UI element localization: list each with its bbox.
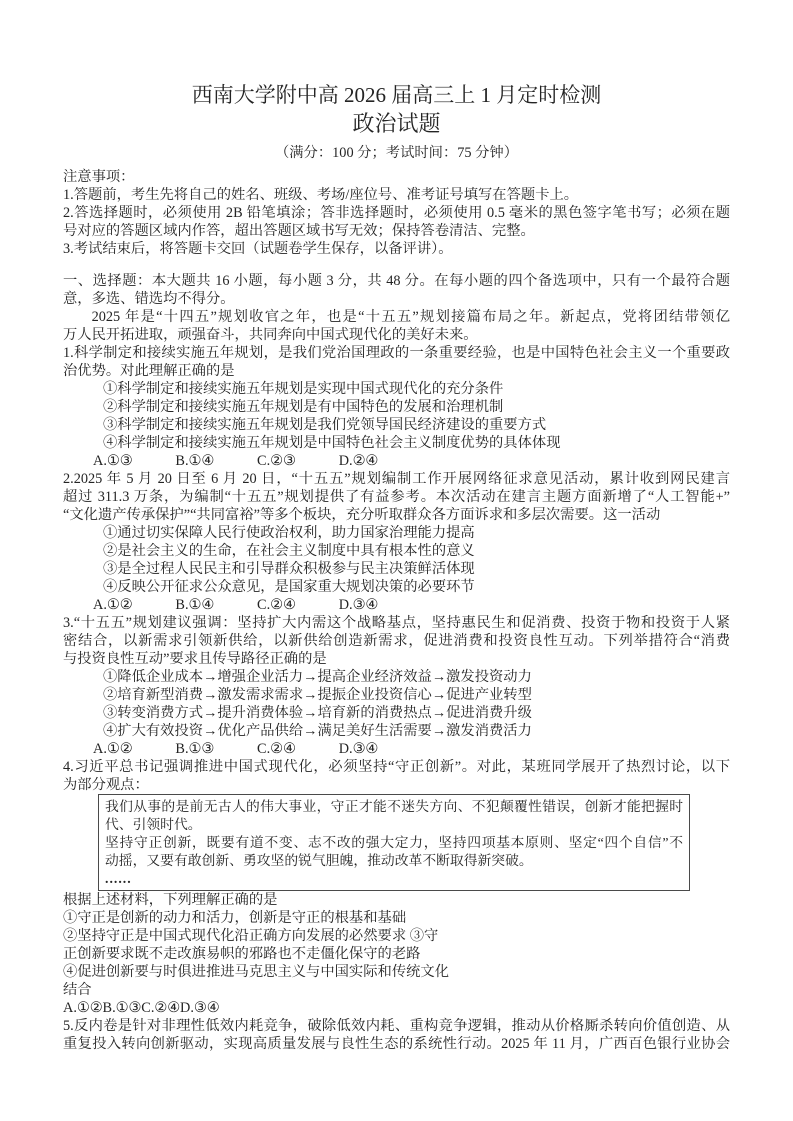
q4-stem-line: 4.习近平总书记强调推进中国式现代化，必须坚持“守正创新”。对此，某班同学展开了… <box>63 758 730 776</box>
notice-heading: 注意事项： <box>63 168 730 186</box>
q4-box-line: 我们从事的是前无古人的伟大事业，守正才能不迷失方向、不犯颠覆性错误，创新才能把握… <box>105 798 683 816</box>
exam-meta: （满分：100 分；考试时间：75 分钟） <box>63 143 730 163</box>
q3-stem-line: 与投资良性互动”要求且传导路径正确的是 <box>63 650 730 668</box>
q4-box-line: 动摇，又要有敢创新、勇攻坚的锐气胆魄，推动改革不断取得新突破。 <box>105 852 683 870</box>
exam-title: 西南大学附中高 2026 届高三上 1 月定时检测 <box>63 82 730 108</box>
q2-stem-line: 超过 311.3 万条，为编制“十五五”规划提供了有益参考。本次活动在建言主题方… <box>63 488 730 506</box>
q4-followup-line: ②坚持守正是中国式现代化沿正确方向发展的必然要求 ③守 <box>63 927 730 945</box>
notice-line: 1.答题前，考生先将自己的姓名、班级、考场/座位号、准考证号填写在答题卡上。 <box>63 186 730 204</box>
q1-option: ④科学制定和接续实施五年规划是中国特色社会主义制度优势的具体体现 <box>63 434 730 452</box>
q4-followup-line: 正创新要求既不走改旗易帜的邪路也不走僵化保守的老路 <box>63 945 730 963</box>
q1-answer-choices: A.①③ B.①④ C.②③ D.②④ <box>63 452 730 470</box>
q4-box-ellipsis: ...... <box>105 870 683 888</box>
exam-content: 西南大学附中高 2026 届高三上 1 月定时检测 政治试题 （满分：100 分… <box>63 82 730 1053</box>
q2-option: ②是社会主义的生命，在社会主义制度中具有根本性的意义 <box>63 542 730 560</box>
intro-line: 万人民开拓进取，顽强奋斗，共同奔向中国式现代化的美好未来。 <box>63 326 730 344</box>
q4-box-line: 坚持守正创新，既要有道不变、志不改的强大定力，坚持四项基本原则、坚定“四个自信”… <box>105 834 683 852</box>
q2-stem-line: 2.2025 年 5 月 20 日至 6 月 20 日，“十五五”规划编制工作开… <box>63 470 730 488</box>
q2-stem-line: “文化遗产传承保护”“共同富裕”等多个板块，充分听取群众各方面诉求和多层次需要。… <box>63 506 730 524</box>
q1-stem-line: 1.科学制定和接续实施五年规划，是我们党治国理政的一条重要经验，也是中国特色社会… <box>63 344 730 362</box>
q4-box-line: 代、引领时代。 <box>105 816 683 834</box>
section-heading-line: 意，多选、错选均不得分。 <box>63 290 730 308</box>
q4-viewpoints-box: 我们从事的是前无古人的伟大事业，守正才能不迷失方向、不犯颠覆性错误，创新才能把握… <box>98 794 690 891</box>
notice-line: 2.答选择题时，必须使用 2B 铅笔填涂；答非选择题时，必须使用 0.5 毫米的… <box>63 204 730 222</box>
q1-stem-line: 治优势。对此理解正确的是 <box>63 362 730 380</box>
q2-option: ④反映公开征求公众意见，是国家重大规划决策的必要环节 <box>63 578 730 596</box>
q3-answer-choices: A.①② B.①③ C.②④ D.③④ <box>63 740 730 758</box>
q5-stem-line: 重复投入转向创新驱动，实现高质量发展与良性生态的系统性行动。2025 年 11 … <box>63 1035 730 1053</box>
q1-option: ①科学制定和接续实施五年规划是实现中国式现代化的充分条件 <box>63 380 730 398</box>
q2-option: ③是全过程人民民主和引导群众积极参与民主决策鲜活体现 <box>63 560 730 578</box>
notice-line: 号对应的答题区域内作答，超出答题区域书写无效；保持答卷清洁、完整。 <box>63 222 730 240</box>
q1-option: ③科学制定和接续实施五年规划是我们党领导国民经济建设的重要方式 <box>63 416 730 434</box>
q4-stem-line: 为部分观点： <box>63 776 730 794</box>
intro-line: 2025 年是“十四五”规划收官之年，也是“十五五”规划接篇布局之年。新起点，党… <box>63 308 730 326</box>
q4-answer-choices: A.①②B.①③C.②④D.③④ <box>63 999 730 1017</box>
q2-answer-choices: A.①② B.①④ C.②④ D.③④ <box>63 596 730 614</box>
q3-option: ①降低企业成本→增强企业活力→提高企业经济效益→激发投资动力 <box>63 668 730 686</box>
q4-followup-line: ④促进创新要与时俱进推进马克思主义与中国实际和传统文化 <box>63 963 730 981</box>
q3-option: ④扩大有效投资→优化产品供给→满足美好生活需要→激发消费活力 <box>63 722 730 740</box>
q3-stem-line: 密结合，以新需求引领新供给，以新供给创造新需求，促进消费和投资良性互动。下列举措… <box>63 632 730 650</box>
q3-stem-line: 3.“十五五”规划建议强调：坚持扩大内需这个战略基点，坚持惠民生和促消费、投资于… <box>63 614 730 632</box>
q4-followup-line: 根据上述材料，下列理解正确的是 <box>63 891 730 909</box>
q4-followup-line: ①守正是创新的动力和活力，创新是守正的根基和基础 <box>63 909 730 927</box>
exam-paper-page: 西南大学附中高 2026 届高三上 1 月定时检测 政治试题 （满分：100 分… <box>0 0 793 1121</box>
q5-stem-line: 5.反内卷是针对非理性低效内耗竞争，破除低效内耗、重构竞争逻辑，推动从价格厮杀转… <box>63 1017 730 1035</box>
section-heading-line: 一、选择题：本大题共 16 小题，每小题 3 分，共 48 分。在每小题的四个备… <box>63 272 730 290</box>
q4-followup-line: 结合 <box>63 981 730 999</box>
q3-option: ③转变消费方式→提升消费体验→培育新的消费热点→促进消费升级 <box>63 704 730 722</box>
q3-option: ②培育新型消费→激发需求需求→提振企业投资信心→促进产业转型 <box>63 686 730 704</box>
exam-subtitle: 政治试题 <box>63 110 730 137</box>
notice-line: 3.考试结束后，将答题卡交回（试题卷学生保存，以备评讲）。 <box>63 240 730 258</box>
q2-option: ①通过切实保障人民行使政治权利，助力国家治理能力提高 <box>63 524 730 542</box>
q1-option: ②科学制定和接续实施五年规划是有中国特色的发展和治理机制 <box>63 398 730 416</box>
